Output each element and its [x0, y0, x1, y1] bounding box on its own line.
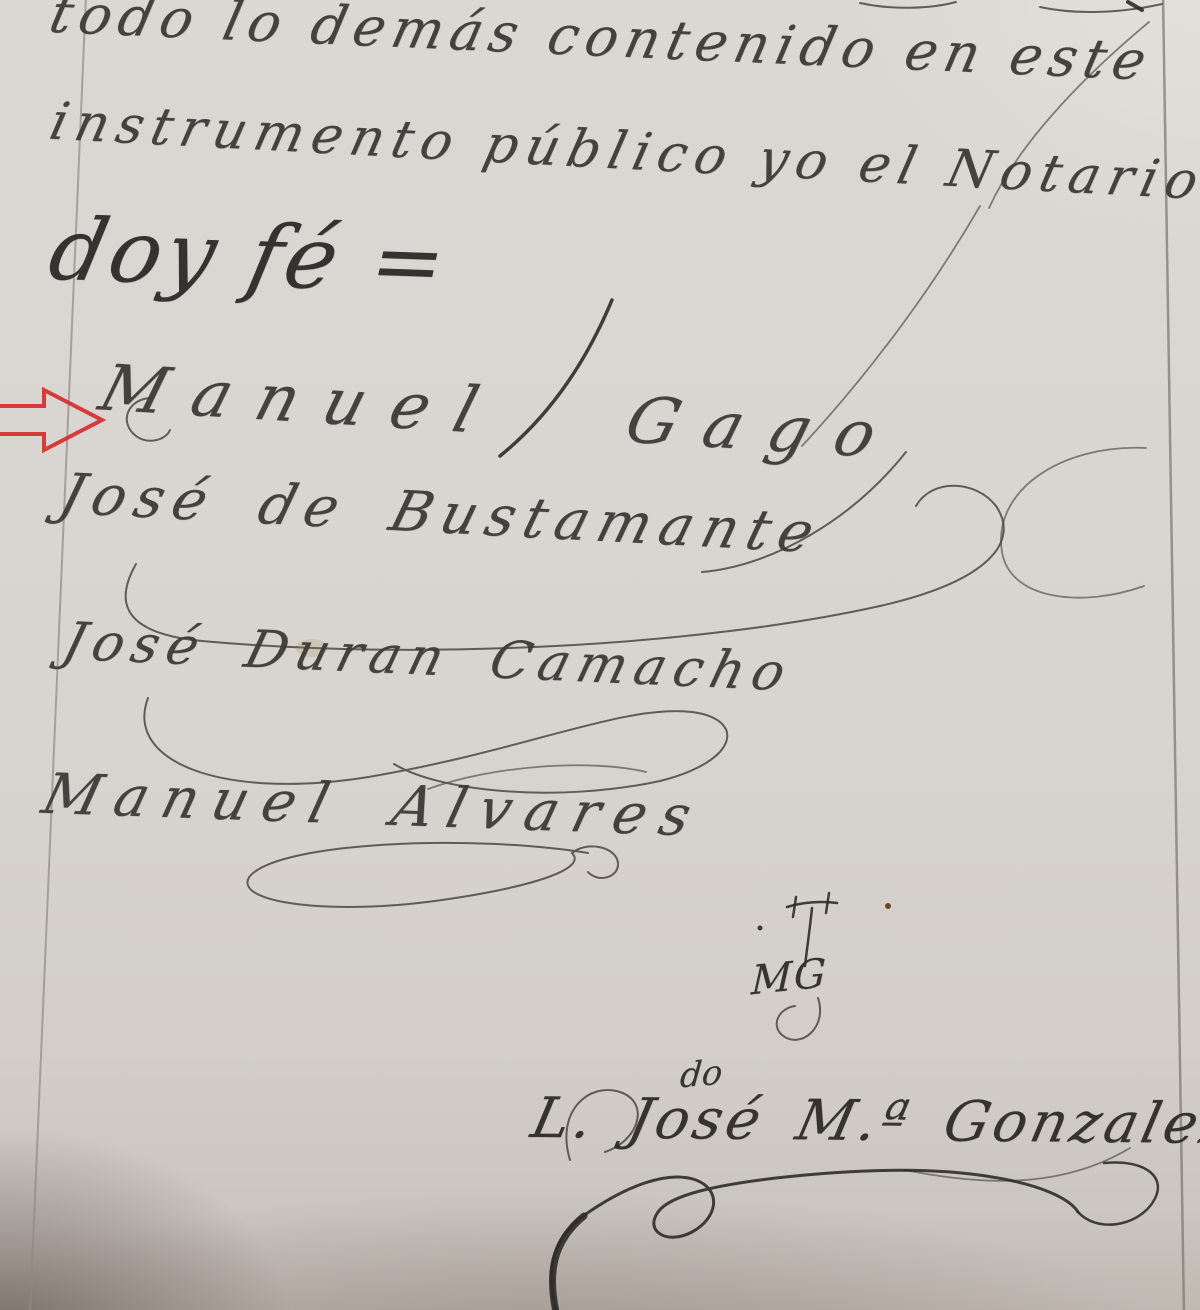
notary-rubric-flourish — [552, 1148, 1158, 1310]
manuscript-page: todo lo demás contenido en este instrume… — [0, 0, 1200, 1310]
notarial-sign-monogram: MG — [750, 950, 828, 1004]
handwritten-line-3: doy fé = — [41, 200, 459, 313]
cut-off-line-fragments — [860, 2, 1162, 12]
red-arrow-annotation — [0, 390, 102, 450]
signature-notary-jose-maria-gonzalez: L. José M.ª Gonzalez — [526, 1086, 1200, 1157]
